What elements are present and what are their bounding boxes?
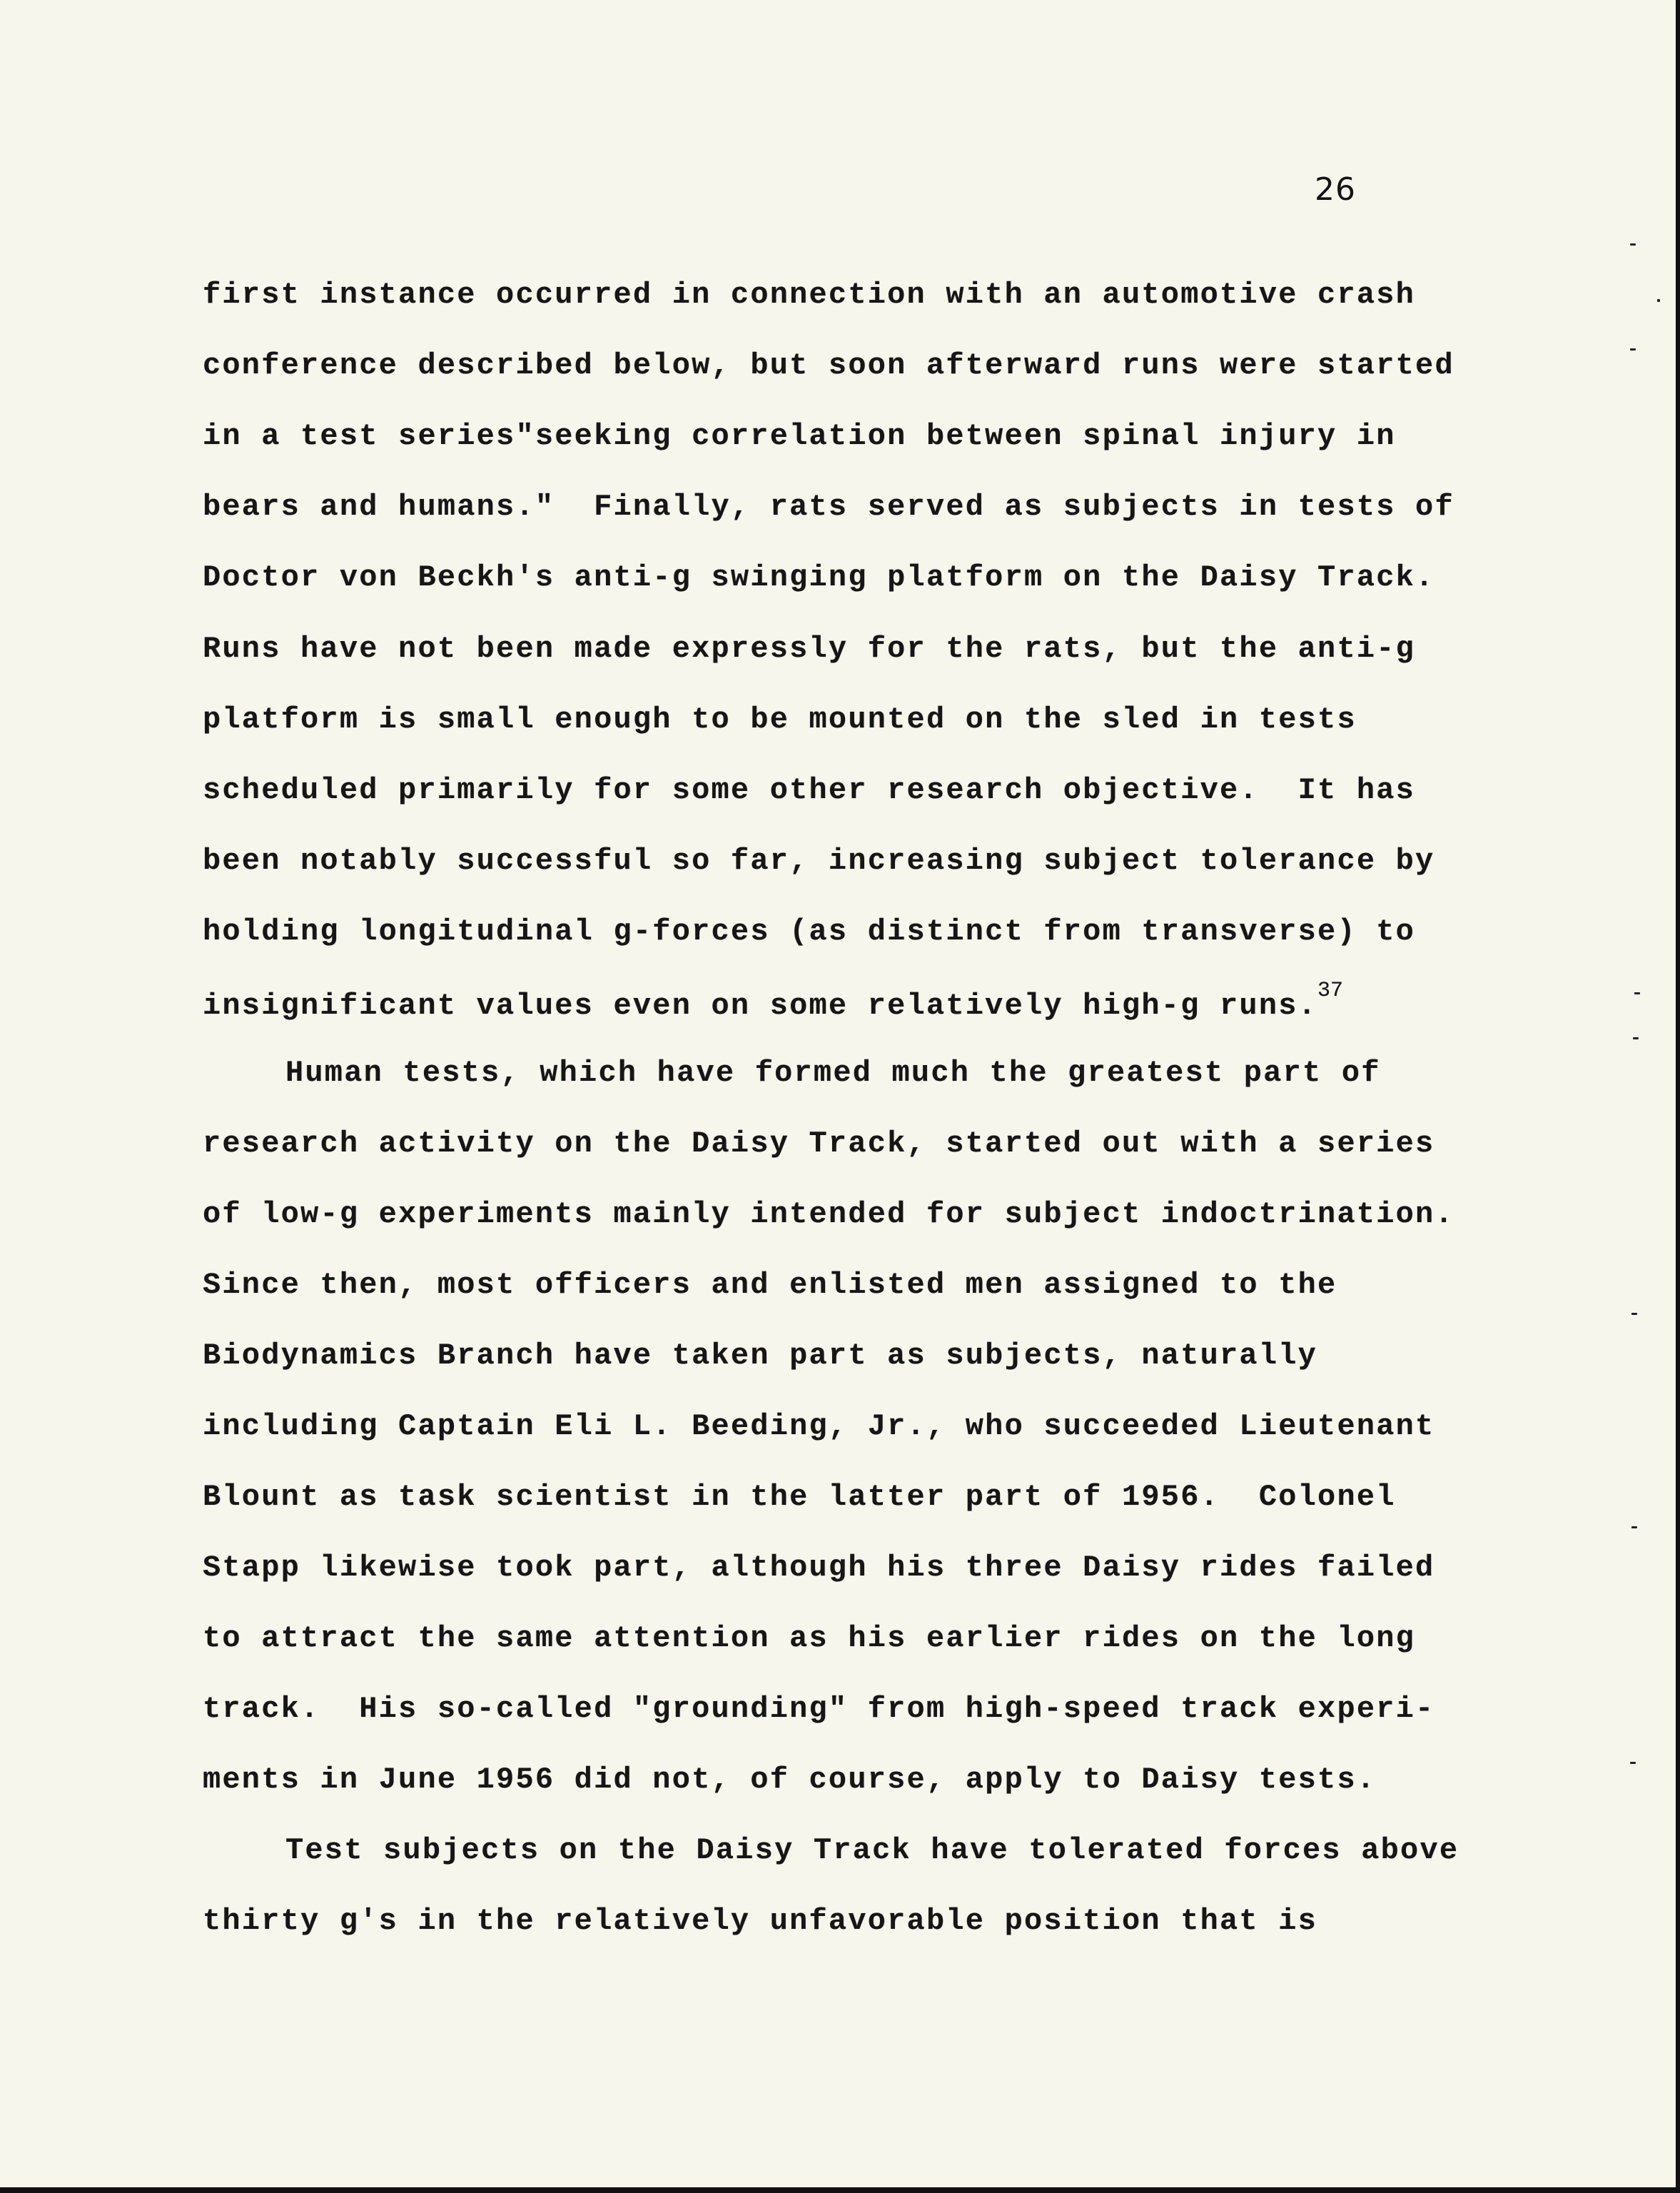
text-line-with-footnote: insignificant values even on some relati… [203,987,1343,1021]
text-line: conference described below, but soon aft… [203,351,1454,380]
text-line: ments in June 1956 did not, of course, a… [203,1765,1376,1795]
text-line: in a test series"seeking correlation bet… [203,421,1396,451]
text-line: Biodynamics Branch have taken part as su… [203,1341,1317,1371]
text-line: including Captain Eli L. Beeding, Jr., w… [203,1411,1434,1441]
scan-border-right [1676,0,1680,2193]
margin-mark [1634,992,1640,994]
text-line: Doctor von Beckh's anti-g swinging platf… [203,563,1434,593]
margin-mark [1630,348,1636,351]
text-line: been notably successful so far, increasi… [203,846,1434,876]
paragraph-start-line: Human tests, which have formed much the … [285,1058,1381,1088]
text-line: holding longitudinal g-forces (as distin… [203,917,1415,947]
page-number: 26 [1315,171,1356,208]
text-line: thirty g's in the relatively unfavorable… [203,1906,1317,1936]
document-page: 26 first instance occurred in connection… [0,0,1680,2193]
margin-mark [1631,1313,1637,1315]
margin-mark [1630,1762,1636,1764]
text-line: research activity on the Daisy Track, st… [203,1129,1434,1159]
margin-mark [1631,1526,1637,1528]
text-line: platform is small enough to be mounted o… [203,705,1357,735]
text-line: insignificant values even on some relati… [203,989,1317,1023]
text-line: first instance occurred in connection wi… [203,280,1415,310]
text-line: track. His so-called "grounding" from hi… [203,1694,1434,1724]
margin-mark [1633,1037,1639,1039]
footnote-marker: 37 [1317,979,1343,1003]
text-line: scheduled primarily for some other resea… [203,775,1415,805]
text-line: to attract the same attention as his ear… [203,1623,1415,1653]
text-line: Since then, most officers and enlisted m… [203,1270,1337,1300]
text-line: bears and humans." Finally, rats served … [203,492,1454,522]
scan-border-bottom [0,2187,1680,2193]
text-line: Blount as task scientist in the latter p… [203,1482,1396,1512]
text-line: of low-g experiments mainly intended for… [203,1199,1454,1229]
text-line: Stapp likewise took part, although his t… [203,1553,1434,1583]
paragraph-start-line: Test subjects on the Daisy Track have to… [285,1835,1459,1865]
text-line: Runs have not been made expressly for th… [203,634,1415,664]
margin-mark [1630,243,1636,246]
margin-mark [1657,299,1660,302]
